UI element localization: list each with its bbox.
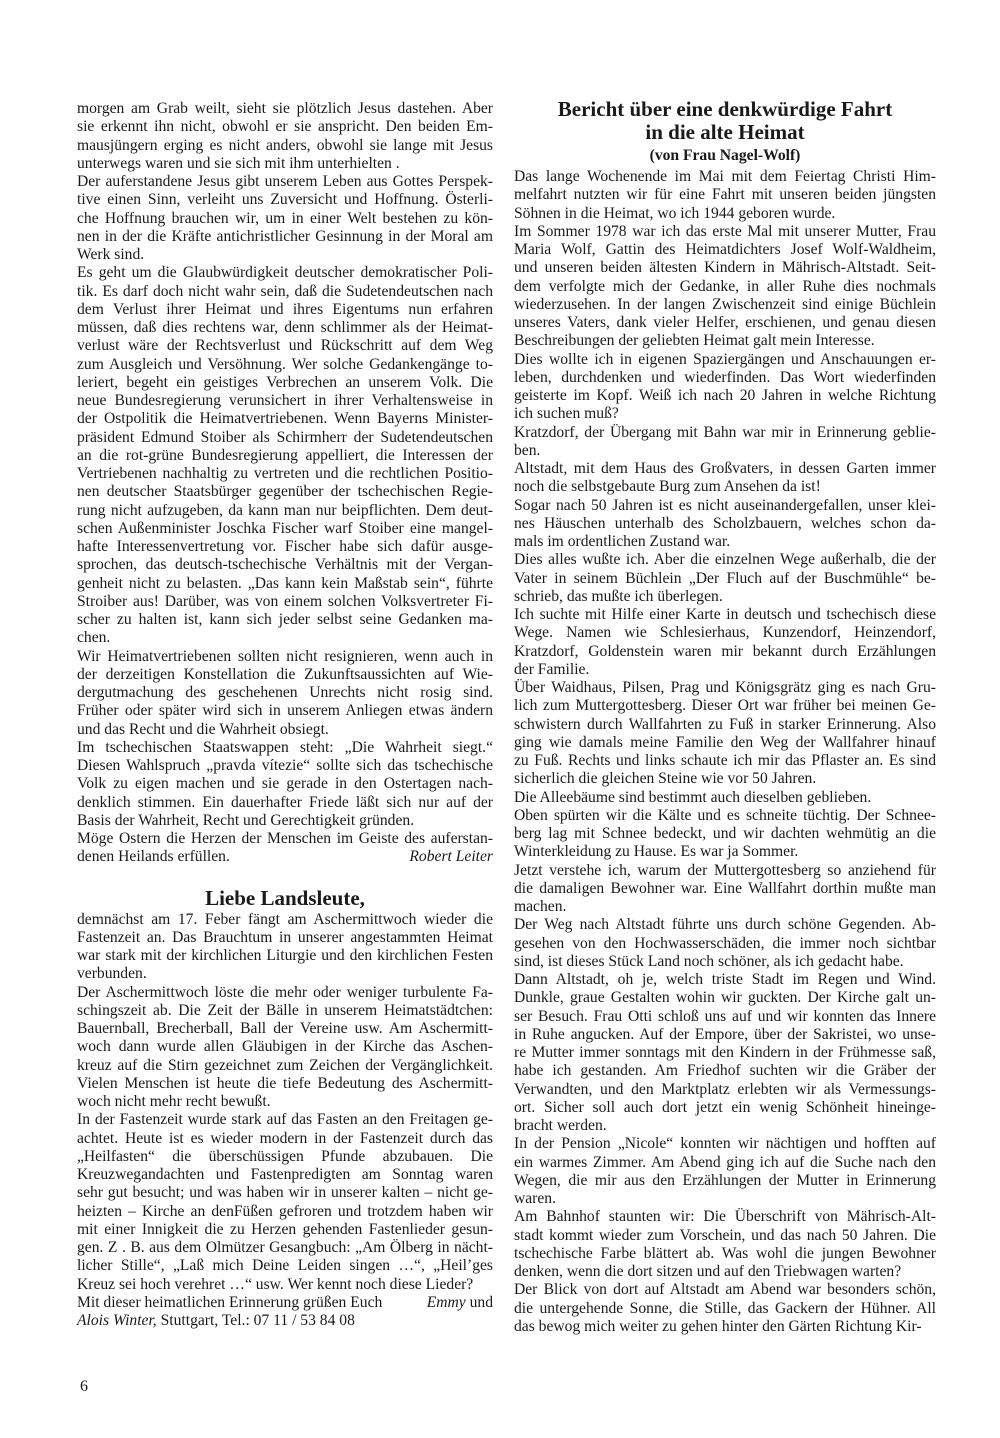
- text-line: schrieb, das mußte ich überlegen.: [514, 588, 936, 606]
- text-line: Sogar nach 50 Jahren ist es nicht ausein…: [514, 497, 936, 515]
- lent-article: demnächst am 17. Feber fängt am Aschermi…: [77, 911, 493, 1294]
- text-line: re Mutter immer sonntags mit den Kindern…: [514, 1044, 936, 1062]
- text-line: kreuz auf die Stirn gezeichnet zum Zeich…: [77, 1057, 493, 1075]
- text-line: „Heilfasten“ die überschüssigen Pfunde a…: [77, 1148, 493, 1166]
- easter-article-paragraph: morgen am Grab weilt, sieht sie plötzlic…: [77, 100, 493, 173]
- text-line: und das Recht und die Wahrheit obsiegt.: [77, 721, 493, 739]
- text-line: Kratzdorf, der Übergang mit Bahn war mir…: [514, 424, 936, 442]
- travel-report-paragraph: Jetzt verstehe ich, warum der Muttergott…: [514, 862, 936, 917]
- closing-line: denen Heilands erfüllen.: [77, 848, 230, 865]
- text-line: der Familie.: [514, 661, 936, 679]
- text-line: rung nicht aufzugeben, da kann man nur b…: [77, 502, 493, 520]
- text-line: mals im ordentlichen Zustand war.: [514, 533, 936, 551]
- text-line: lich zum Muttergottesberg. Dieser Ort wa…: [514, 697, 936, 715]
- text-line: Es geht um die Glaubwürdigkeit deutscher…: [77, 264, 493, 282]
- text-line: zum Ausgleich und Versöhnung. Wer solche…: [77, 356, 493, 374]
- text-line: morgen am Grab weilt, sieht sie plötzlic…: [77, 100, 493, 118]
- text-line: dem verfolgte mich der Gedanke, in aller…: [514, 278, 936, 296]
- article-byline: (von Frau Nagel-Wolf): [514, 146, 936, 166]
- text-line: schwistern durch Wallfahrten zu Fuß in s…: [514, 716, 936, 734]
- text-line: Wege. Namen wie Schlesierhaus, Kunzendor…: [514, 624, 936, 642]
- easter-article-paragraph: Möge Ostern die Herzen der Menschen im G…: [77, 830, 493, 848]
- text-line: präsident Edmund Stoiber als Schirmherr …: [77, 429, 493, 447]
- text-line: Wir Heimatvertriebenen sollten nicht res…: [77, 648, 493, 666]
- text-line: sind, ist dieses Stück Land noch schöner…: [514, 953, 936, 971]
- text-line: Stroiber aus! Darüber, was von einem sol…: [77, 593, 493, 611]
- text-line: achtet. Heute ist es wieder modern in de…: [77, 1130, 493, 1148]
- text-line: melfahrt nutzten wir für eine Fahrt mit …: [514, 186, 936, 204]
- text-line: ich suchen muß?: [514, 405, 936, 423]
- text-line: Wegen, die mir aus den Erzählungen der M…: [514, 1172, 936, 1190]
- text-line: Dies wollte ich in eigenen Spaziergängen…: [514, 351, 936, 369]
- text-line: denken, wenn die dort sitzen und auf den…: [514, 1263, 936, 1281]
- text-line: Dann Altstadt, oh je, welch triste Stadt…: [514, 971, 936, 989]
- text-line: Am Bahnhof staunten wir: Die Überschrift…: [514, 1208, 936, 1226]
- text-line: ort. Sicher soll auch dort jetzt ein wen…: [514, 1099, 936, 1117]
- travel-report-paragraph: Über Waidhaus, Pilsen, Prag und Königsgr…: [514, 679, 936, 789]
- text-line: scher zu halten ist, kann sich jeder sel…: [77, 611, 493, 629]
- text-line: Über Waidhaus, Pilsen, Prag und Königsgr…: [514, 679, 936, 697]
- text-line: Dunkle, graue Gestalten wohin wir guckte…: [514, 989, 936, 1007]
- text-line: die untergehende Sonne, die Stille, das …: [514, 1300, 936, 1318]
- text-line: Beschreibungen der geliebten Heimat galt…: [514, 332, 936, 350]
- text-line: machen.: [514, 898, 936, 916]
- text-line: Vertriebenen nachhaltig zu vertreten und…: [77, 465, 493, 483]
- text-line: und unseren beiden ältesten Kindern in M…: [514, 259, 936, 277]
- travel-report-paragraph: Sogar nach 50 Jahren ist es nicht ausein…: [514, 497, 936, 552]
- text-line: hafte Interessenvertretung vor. Fischer …: [77, 538, 493, 556]
- text-line: unterwegs waren und sie sich mit ihm unt…: [77, 155, 493, 173]
- text-line: verbunden.: [77, 965, 493, 983]
- text-line: ein warmes Zimmer. Am Abend ging ich auf…: [514, 1154, 936, 1172]
- travel-report-paragraph: Altstadt, mit dem Haus des Großvaters, i…: [514, 460, 936, 497]
- text-line: sicherlich die gleichen Steine wie vor 5…: [514, 770, 936, 788]
- text-line: In der Pension „Nicole“ konnten wir näch…: [514, 1135, 936, 1153]
- text-line: Winterkleidung zu Hause. Es war ja Somme…: [514, 843, 936, 861]
- text-line: dergutmachung des geschehenen Unrechts n…: [77, 684, 493, 702]
- text-line: ben.: [514, 442, 936, 460]
- author-name-emmy: Emmy: [427, 1294, 466, 1311]
- travel-report-paragraph: Oben spürten wir die Kälte und es schnei…: [514, 807, 936, 862]
- travel-report-article: Das lange Wochenende im Mai mit dem Feie…: [514, 168, 936, 1336]
- text-line: Söhnen in die Heimat, wo ich 1944 gebore…: [514, 205, 936, 223]
- easter-article-paragraph: Der auferstandene Jesus gibt unserem Leb…: [77, 173, 493, 264]
- text-line: unseres Vaters, dank vieler Helfer, ersc…: [514, 314, 936, 332]
- text-line: ging wie damals meine Familie den Weg de…: [514, 734, 936, 752]
- lent-article-paragraph: In der Fastenzeit wurde stark auf das Fa…: [77, 1111, 493, 1294]
- text-line: Jetzt verstehe ich, warum der Muttergott…: [514, 862, 936, 880]
- travel-report-paragraph: Im Sommer 1978 war ich das erste Mal mit…: [514, 223, 936, 351]
- text-line: Fastenzeit an. Das Brauchtum in unserer …: [77, 929, 493, 947]
- text-line: war stark mit der kirchlichen Liturgie u…: [77, 947, 493, 965]
- text-line: woch dann wurde allen Gläubigen in der K…: [77, 1038, 493, 1056]
- text-line: Werk sind.: [77, 246, 493, 264]
- text-line: dem Verlust ihrer Heimat und ihres Eigen…: [77, 301, 493, 319]
- travel-report-paragraph: Kratzdorf, der Übergang mit Bahn war mir…: [514, 424, 936, 461]
- travel-report-paragraph: Dann Altstadt, oh je, welch triste Stadt…: [514, 971, 936, 1135]
- text-line: Der Weg nach Altstadt führte uns durch s…: [514, 916, 936, 934]
- closing-greeting: Mit dieser heimatlichen Erinnerung grüße…: [77, 1294, 382, 1312]
- travel-report-paragraph: Der Weg nach Altstadt führte uns durch s…: [514, 916, 936, 971]
- section-title-liebe-landsleute: Liebe Landsleute,: [77, 886, 493, 910]
- text-line: die damaligen Bewohner war. Eine Wallfah…: [514, 880, 936, 898]
- text-line: nes Häuschen unterhalb des Scholzbauern,…: [514, 515, 936, 533]
- travel-report-paragraph: Am Bahnhof staunten wir: Die Überschrift…: [514, 1208, 936, 1281]
- text-line: sprochen, das deutsch-tschechische Verhä…: [77, 556, 493, 574]
- text-line: noch die selbstgebaute Burg zum Ansehen …: [514, 478, 936, 496]
- text-line: Kreuzwegandachten und Fastenpredigten am…: [77, 1166, 493, 1184]
- text-line: nen in der die Kräfte antichristlicher G…: [77, 228, 493, 246]
- text-line: heizten – Kirche an denFüßen gefroren un…: [77, 1203, 493, 1221]
- text-line: tschechische Farbe blättert ab. Was wohl…: [514, 1245, 936, 1263]
- text-line: Basis der Wahrheit, Recht und Gerechtigk…: [77, 812, 493, 830]
- easter-article: morgen am Grab weilt, sieht sie plötzlic…: [77, 100, 493, 848]
- text-line: Altstadt, mit dem Haus des Großvaters, i…: [514, 460, 936, 478]
- author-signature: Robert Leiter: [409, 848, 493, 866]
- text-line: mit einer Innigkeit die zu Herzen gehend…: [77, 1221, 493, 1239]
- author-contact: Stuttgart, Tel.: 07 11 / 53 84 08: [161, 1312, 355, 1329]
- text-line: Der Blick von dort auf Altstadt am Abend…: [514, 1281, 936, 1299]
- text-line: woch nicht mehr recht bewußt.: [77, 1093, 493, 1111]
- text-line: ser Besuch. Frau Otti schloß uns auf und…: [514, 1008, 936, 1026]
- text-line: wiederzusehen. In der langen Zwischenzei…: [514, 296, 936, 314]
- text-line: tik. Es darf doch nicht wahr sein, daß d…: [77, 283, 493, 301]
- right-column: Bericht über eine denkwürdige Fahrt in d…: [514, 98, 936, 1336]
- text-line: berg lag mit Schnee bedeckt, und wir dac…: [514, 825, 936, 843]
- text-line: geisterte im Kopf. Weiß ich nach 20 Jahr…: [514, 387, 936, 405]
- text-line: Vielen Menschen ist heute die tiefe Bede…: [77, 1075, 493, 1093]
- text-line: Kreuz sei hoch verehret …“ usw. Wer kenn…: [77, 1276, 493, 1294]
- text-line: habe ich gestanden. Am Friedhof suchten …: [514, 1062, 936, 1080]
- text-line: genheit nicht zu belasten. „Das kann kei…: [77, 575, 493, 593]
- text-line: In der Fastenzeit wurde stark auf das Fa…: [77, 1111, 493, 1129]
- text-line: schingszeit ab. Die Zeit der Bälle in un…: [77, 1002, 493, 1020]
- easter-article-paragraph: Es geht um die Glaubwürdigkeit deutscher…: [77, 264, 493, 647]
- text-line: leriert, begeht ein geistiges Verbrechen…: [77, 374, 493, 392]
- text-line: Bauernball, Brecherball, Ball der Verein…: [77, 1020, 493, 1038]
- text-line: licher Stille“, „Laß mich Deine Leiden s…: [77, 1257, 493, 1275]
- text-line: Verwandten, und den Marktplatz erlebten …: [514, 1081, 936, 1099]
- text-line: Der Aschermittwoch löste die mehr oder w…: [77, 984, 493, 1002]
- text-line: Früher oder später wird sich in unserem …: [77, 702, 493, 720]
- text-line: Oben spürten wir die Kälte und es schnei…: [514, 807, 936, 825]
- lent-article-paragraph: demnächst am 17. Feber fängt am Aschermi…: [77, 911, 493, 984]
- lent-article-closing: Mit dieser heimatlichen Erinnerung grüße…: [77, 1294, 493, 1331]
- easter-article-paragraph: Im tschechischen Staatswappen steht: „Di…: [77, 739, 493, 830]
- text-line: Im tschechischen Staatswappen steht: „Di…: [77, 739, 493, 757]
- text-line: in Ruhe angucken. Auf der Empore, über d…: [514, 1026, 936, 1044]
- text-line: Im Sommer 1978 war ich das erste Mal mit…: [514, 223, 936, 241]
- text-line: Volk zu eigen machen und sie gerade in d…: [77, 775, 493, 793]
- page-number: 6: [80, 1378, 88, 1396]
- travel-report-paragraph: Dies alles wußte ich. Aber die einzelnen…: [514, 551, 936, 606]
- text-line: Möge Ostern die Herzen der Menschen im G…: [77, 830, 493, 848]
- author-name-alois: Alois Winter,: [77, 1312, 157, 1329]
- text-line: Vater in seinem Büchlein „Der Fluch auf …: [514, 570, 936, 588]
- text-line: sie erkennt ihn nicht, obwohl er sie ans…: [77, 118, 493, 136]
- text-line: chen.: [77, 629, 493, 647]
- text-line: Das lange Wochenende im Mai mit dem Feie…: [514, 168, 936, 186]
- article-headline: Bericht über eine denkwürdige Fahrt in d…: [514, 98, 936, 144]
- text-line: sehr gut besucht; und was haben wir in u…: [77, 1184, 493, 1202]
- left-column: morgen am Grab weilt, sieht sie plötzlic…: [77, 100, 493, 1330]
- travel-report-paragraph: Die Alleebäume sind bestimmt auch diesel…: [514, 789, 936, 807]
- text-line: neue Bundesregierung verunsichert in ihr…: [77, 392, 493, 410]
- text-line: bracht werden.: [514, 1117, 936, 1135]
- text-line: Dies alles wußte ich. Aber die einzelnen…: [514, 551, 936, 569]
- travel-report-paragraph: Dies wollte ich in eigenen Spaziergängen…: [514, 351, 936, 424]
- text-line: müssen, daß dies rechtens war, denn schl…: [77, 319, 493, 337]
- text-line: schen Außenminister Joschka Fischer warf…: [77, 520, 493, 538]
- text-line: gen. Z . B. aus dem Olmützer Gesangbuch:…: [77, 1239, 493, 1257]
- travel-report-paragraph: In der Pension „Nicole“ konnten wir näch…: [514, 1135, 936, 1208]
- text-line: Kratzdorf, Goldenstein waren mir bekannt…: [514, 643, 936, 661]
- text-line: Die Alleebäume sind bestimmt auch diesel…: [514, 789, 936, 807]
- text-line: Ich suchte mit Hilfe einer Karte in deut…: [514, 606, 936, 624]
- text-line: an die rot-grüne Bundesregierung appelli…: [77, 447, 493, 465]
- text-line: che Hoffnung brauchen wir, um in einer W…: [77, 210, 493, 228]
- text-line: denklich stimmen. Ein dauerhafter Friede…: [77, 794, 493, 812]
- text-line: nen deutscher Staatsbürger gegenüber der…: [77, 483, 493, 501]
- text-line: verlust wäre der Rechtsverlust und Rücks…: [77, 337, 493, 355]
- text-line: Diesen Wahlspruch „pravda vítezie“ sollt…: [77, 757, 493, 775]
- text-line: mausjüngern erging es nicht anders, obwo…: [77, 137, 493, 155]
- text-line: demnächst am 17. Feber fängt am Aschermi…: [77, 911, 493, 929]
- text-line: stadt kommt wieder zum Vorschein, und da…: [514, 1227, 936, 1245]
- text-line: Der auferstandene Jesus gibt unserem Leb…: [77, 173, 493, 191]
- text-line: der Ostpolitik die Heimatvertriebenen. W…: [77, 410, 493, 428]
- text-line: Maria Wolf, Gattin des Heimatdichters Jo…: [514, 241, 936, 259]
- travel-report-paragraph: Das lange Wochenende im Mai mit dem Feie…: [514, 168, 936, 223]
- text-line: leben, durchdenken und wiederfinden. Das…: [514, 369, 936, 387]
- text-line: das bewog mich weiter zu gehen hinter de…: [514, 1318, 936, 1336]
- travel-report-paragraph: Ich suchte mit Hilfe einer Karte in deut…: [514, 606, 936, 679]
- text-line: der derzeitigen Konstellation die Zukunf…: [77, 666, 493, 684]
- text-line: waren.: [514, 1190, 936, 1208]
- text-line: gesehen von den Hochwasserschäden, die i…: [514, 935, 936, 953]
- easter-article-paragraph: Wir Heimatvertriebenen sollten nicht res…: [77, 648, 493, 739]
- text-line: tive einen Sinn, verleiht uns Zuversicht…: [77, 191, 493, 209]
- lent-article-paragraph: Der Aschermittwoch löste die mehr oder w…: [77, 984, 493, 1112]
- travel-report-paragraph: Der Blick von dort auf Altstadt am Abend…: [514, 1281, 936, 1336]
- easter-article-closing: denen Heilands erfüllen. Robert Leiter: [77, 848, 493, 866]
- text-line: zu Fuß. Rechts und links schaute ich mir…: [514, 752, 936, 770]
